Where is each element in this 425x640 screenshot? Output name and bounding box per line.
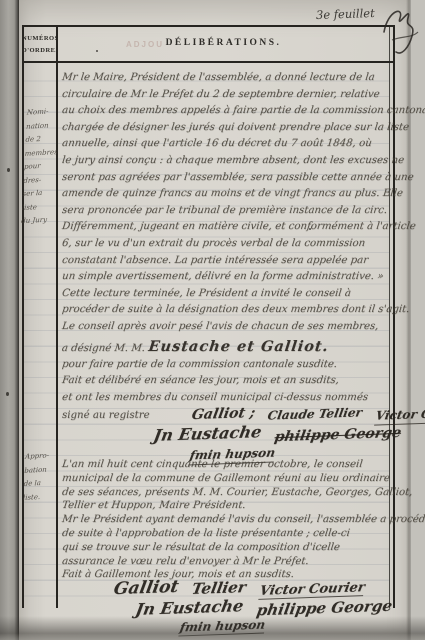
body-line: circulaire de Mr le Préfet du 2 de septe… bbox=[61, 87, 393, 104]
body-line: Cette lecture terminée, le Président a i… bbox=[61, 286, 393, 303]
margin-note-line: ser la liste bbox=[22, 186, 56, 215]
page-backing bbox=[411, 0, 425, 640]
body-line: constatant l'absence. La partie intéress… bbox=[61, 253, 393, 270]
signature-row: Jn Eustache philippe George bbox=[154, 426, 392, 446]
signature-tellier: Claude Tellier bbox=[267, 405, 364, 425]
body-line: Le conseil après avoir pesé l'avis de ch… bbox=[61, 319, 393, 336]
binding-hole bbox=[6, 392, 9, 396]
deliberation-entry-2: L'an mil huit cent cinquante le premier … bbox=[62, 458, 392, 635]
frame-top-border bbox=[22, 25, 395, 27]
designation-prefix: a désigné M. M. bbox=[61, 343, 146, 354]
frame-left-border bbox=[22, 25, 24, 608]
body-line: pour faire partie de la commission canto… bbox=[61, 357, 393, 374]
body-line: Mr le Président ayant demandé l'avis du … bbox=[61, 513, 393, 527]
book-binding-edge bbox=[0, 0, 19, 640]
body-line: sera prononcée par le tribunal de premiè… bbox=[61, 203, 393, 220]
body-line: Tellier et Huppon, Maire Président. bbox=[61, 499, 393, 513]
body-line: seront pas agréées par l'assemblée, sera… bbox=[61, 170, 393, 187]
margin-note-nomination: Nomi- nation de 2 membres pour dres- ser… bbox=[21, 105, 60, 229]
ink-speck bbox=[96, 50, 98, 52]
body-line: un simple avertissement, délivré en la f… bbox=[61, 269, 393, 286]
signature-courier: Victor Courier bbox=[258, 581, 365, 599]
signature-eustache: Jn Eustache bbox=[152, 424, 263, 444]
body-line: assurance le vœu relu d'envoyer à Mr le … bbox=[61, 555, 393, 569]
deliberations-title: DÉLIBÉRATIONS. bbox=[58, 38, 389, 48]
body-line: au choix des membres appelés à faire par… bbox=[61, 103, 393, 120]
order-header-line2: D'ORDRE. bbox=[22, 45, 56, 57]
register-page-scan: 3e feuillet NUMÉROS D'ORDRE. ADJOU DÉLIB… bbox=[0, 0, 425, 640]
body-line: et ont les membres du conseil municipal … bbox=[61, 390, 393, 407]
margin-note-line: pour dres- bbox=[23, 159, 57, 188]
body-line: de suite à l'approbation de la liste pré… bbox=[61, 527, 393, 541]
header-divider bbox=[22, 61, 395, 63]
body-line: procéder de suite à la désignation des d… bbox=[61, 302, 393, 319]
body-line: Fait et délibéré en séance les jour, moi… bbox=[61, 373, 393, 390]
binding-hole bbox=[7, 168, 10, 172]
body-line: qui se trouve sur le résultat de la comp… bbox=[61, 541, 393, 555]
folio-number-note: 3e feuillet bbox=[316, 6, 375, 22]
signature-tellier: Tellier bbox=[191, 581, 247, 597]
designated-names: Eustache et Galliot. bbox=[147, 338, 329, 355]
ink-speck bbox=[309, 228, 311, 230]
signature-eustache: Jn Eustache bbox=[134, 599, 244, 617]
order-column-header: NUMÉROS D'ORDRE. bbox=[22, 33, 56, 57]
body-line: L'an mil huit cent cinquante le premier … bbox=[61, 458, 393, 472]
signature-george: philippe George bbox=[273, 425, 402, 446]
signature-courier: Victor Courier bbox=[374, 405, 425, 426]
signature-galliot: Galliot ; bbox=[190, 405, 256, 424]
margin-note-line: membres bbox=[24, 146, 58, 161]
body-line: amende de quinze francs au moins et de v… bbox=[61, 186, 393, 203]
deliberation-entry-1: Mr le Maire, Président de l'assemblée, a… bbox=[62, 70, 392, 462]
signature-galliot: Galliot bbox=[113, 581, 180, 597]
body-line: Mr le Maire, Président de l'assemblée, a… bbox=[61, 70, 393, 87]
body-line: 6, sur le vu d'un extrait du procès verb… bbox=[61, 236, 393, 253]
body-line: Différemment, jugeant en matière civile,… bbox=[61, 219, 393, 236]
body-line: chargée de désigner les jurés qui doiven… bbox=[61, 120, 393, 137]
page-bottom-shadow bbox=[0, 616, 425, 640]
designation-line: a désigné M. M. Eustache et Galliot. bbox=[61, 336, 394, 357]
body-line: municipal de la commune de Gaillemont ré… bbox=[61, 472, 393, 486]
body-line: annuelle, ainsi que l'article 16 du décr… bbox=[61, 136, 393, 153]
order-header-line1: NUMÉROS bbox=[22, 33, 56, 45]
body-line: le jury ainsi conçu : à chaque membre ab… bbox=[61, 153, 393, 170]
paraph-flourish-icon bbox=[378, 2, 422, 60]
margin-note-approbation: Appro- bation de la liste. bbox=[23, 449, 59, 505]
margin-note-line: liste. bbox=[23, 490, 57, 505]
body-line: de ses séances, présents M. M. Courier, … bbox=[61, 486, 393, 500]
margin-note-line: du Jury bbox=[21, 213, 55, 228]
sign-lead-text: signé au registre bbox=[62, 408, 150, 425]
